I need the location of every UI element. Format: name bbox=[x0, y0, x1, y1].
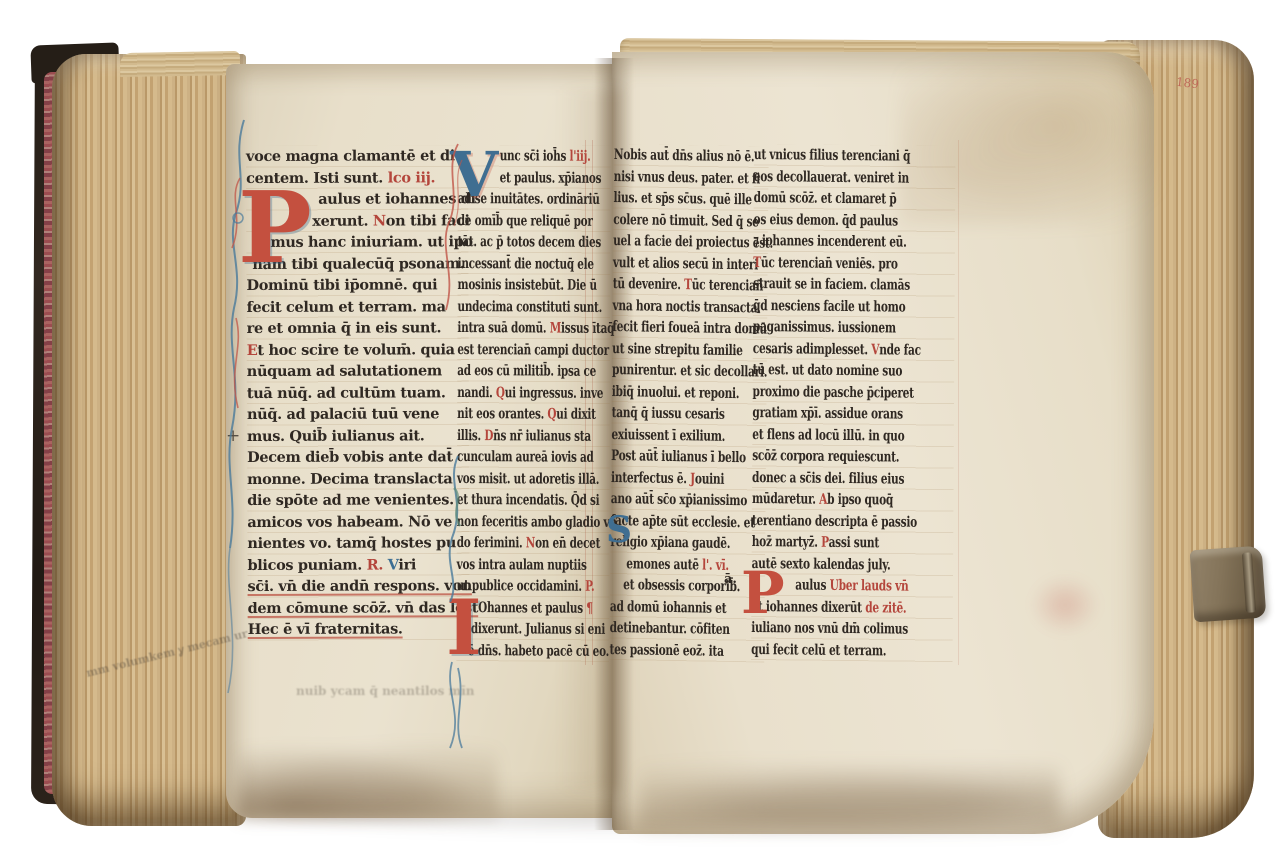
manuscript-text-line: monne. Decima translacta bbox=[247, 468, 469, 490]
manuscript-text-line: mosinis insistebūt. Die ū bbox=[458, 274, 611, 296]
text-segment: Post aūt̄ iulianus ī bello bbox=[611, 447, 746, 466]
manuscript-text-line: qui fecit celū et terram. bbox=[751, 638, 953, 662]
text-segment: tuā nūq̄. ad cultūm tuam. bbox=[247, 384, 446, 402]
text-segment: domū scōz̄. et clamaret p̄ bbox=[754, 189, 897, 208]
bookmark-tab bbox=[1190, 546, 1267, 623]
text-segment: E bbox=[247, 341, 258, 358]
text-segment: uel a facie dei proiectus est. bbox=[613, 232, 773, 252]
manuscript-text-line: undecima constituti sunt. bbox=[457, 295, 610, 317]
manuscript-text-line: uel a facie dei proiectus est. bbox=[613, 230, 768, 254]
text-segment: ibiq̄ inuolui. et reponi. bbox=[612, 382, 740, 401]
text-segment: proximo die pasche p̄ciperet bbox=[753, 382, 914, 401]
manuscript-text-line: paganissimus. iussionem bbox=[753, 316, 955, 340]
manuscript-text-line: dem cōmune scōz̄. vn̄ das lest bbox=[248, 597, 470, 619]
text-segment: interfectus ē. bbox=[611, 468, 690, 486]
manuscript-text-line: mus. Quib̄ iulianus ait. bbox=[247, 425, 469, 447]
text-segment: re et omnia q̄ in eis sunt. bbox=[247, 319, 442, 337]
manuscript-text-line: ⁊ iohannes incenderent eū. bbox=[753, 230, 955, 254]
manuscript-text-line: tū devenire. Tūc terencian̄ bbox=[613, 273, 768, 297]
text-segment: hoz̄ martyz̄. bbox=[752, 533, 822, 551]
text-segment: t hoc scire te volum̄. quia bbox=[257, 341, 454, 359]
manuscript-text-line: proximo die pasche p̄ciperet bbox=[753, 380, 955, 404]
text-segment: ui ingressus. inve bbox=[505, 384, 603, 402]
manuscript-text-line: intra suā domū. Missus ītaq̄ bbox=[457, 317, 610, 339]
manuscript-text-line: lius. et sp̄s sc̄us. quē ille bbox=[613, 187, 768, 211]
text-segment: ad domū iohannis et bbox=[610, 597, 727, 616]
text-segment: ⁊ iohannes incenderent eū. bbox=[753, 232, 906, 251]
manuscript-text-line: vult et alios secū in interi bbox=[613, 251, 768, 275]
manuscript-text-line: vna hora noctis transacta. bbox=[612, 294, 767, 318]
text-segment: et paulus. xp̄ianos bbox=[500, 169, 602, 187]
text-segment: strauit se in faciem. clamās bbox=[753, 275, 910, 294]
text-segment: gratiam xp̄ī. assidue orans bbox=[752, 404, 903, 423]
manuscript-text-line: colere nō timuit. Sed q̄ se bbox=[613, 208, 768, 232]
manuscript-text-line: sc̄i. vn̄ die andn̄ respons. von bbox=[248, 575, 470, 597]
text-segment: do ferimini. bbox=[457, 534, 526, 551]
manuscript-text-line: die spōte ad me venientes. bbox=[247, 489, 469, 511]
text-segment: iri bbox=[398, 556, 416, 573]
manuscript-text-line: tes passionē eoz̄. ita bbox=[609, 638, 764, 662]
manuscript-text-line: amicos vos habeam. Nō ve bbox=[247, 511, 469, 533]
text-segment: tū devenire. bbox=[613, 275, 685, 293]
decorated-initial-v: V bbox=[450, 144, 498, 206]
text-segment: ut vnicus filius terenciani q̄ bbox=[754, 146, 910, 165]
decorated-initial-p-left: P bbox=[238, 180, 312, 278]
text-segment: b ipso quoq̄ bbox=[827, 491, 893, 509]
text-segment: A bbox=[819, 491, 827, 508]
decorated-initial-p-right: P bbox=[741, 564, 785, 622]
text-segment: Q bbox=[547, 406, 556, 423]
manuscript-text-line: os eius demon. q̄d paulus bbox=[754, 208, 956, 232]
text-segment: emones autē bbox=[626, 555, 702, 573]
manuscript-text-line: do ferimini. Non en̄ decet bbox=[457, 532, 610, 554]
manuscript-text-line: hoz̄ martyz̄. Passi sunt bbox=[752, 531, 954, 555]
text-segment: ano aūt̄ sc̄o xp̄ianissimo bbox=[611, 490, 747, 509]
text-segment: Hec ē vī fraternitas. bbox=[248, 620, 403, 638]
text-segment: ad eos cū militib̄. ipsa ce bbox=[457, 362, 596, 380]
text-segment: sc̄i. vn̄ die andn̄ respons. von bbox=[248, 577, 472, 595]
text-segment: M bbox=[550, 320, 561, 337]
text-segment: et thura incendatis. Q̄d si bbox=[457, 491, 600, 509]
text-segment: cunculam aureā iovis ad bbox=[457, 448, 594, 466]
manuscript-text-line: Et hoc scire te volum̄. quia bbox=[247, 339, 469, 361]
text-segment: l'. vī. bbox=[702, 556, 729, 573]
text-segment: nde fac bbox=[879, 341, 921, 358]
text-segment: est terencian̄ campi ductor bbox=[457, 340, 609, 358]
text-segment: N bbox=[526, 534, 535, 551]
text-segment: die spōte ad me venientes. bbox=[247, 491, 454, 509]
text-segment: n̄s nr̄ iulianus sta bbox=[493, 427, 591, 445]
manuscript-text-line: q̄d nesciens facile ut homo bbox=[753, 294, 955, 318]
text-segment: terentiano descripta ē passio bbox=[752, 511, 917, 530]
manuscript-text-line: facte ap̄te sūt ecclesie. et bbox=[611, 509, 766, 533]
manuscript-text-line: incessant̄ die noctuq̄ ele bbox=[458, 252, 611, 274]
text-segment: Nobis aut̄ dn̄s alius nō ē. bbox=[614, 146, 755, 165]
text-segment: P. bbox=[585, 578, 594, 595]
text-segment: V bbox=[388, 556, 399, 573]
text-segment: dixerunt. Julianus si eni bbox=[471, 620, 605, 638]
text-segment: monne. Decima translacta bbox=[247, 470, 452, 488]
text-segment: l'iij. bbox=[569, 148, 590, 165]
text-segment: eos decollauerat. veniret in bbox=[754, 167, 909, 186]
text-segment: incessant̄ die noctuq̄ ele bbox=[458, 254, 594, 272]
ruling-line bbox=[958, 140, 959, 665]
text-segment: aulus bbox=[795, 576, 829, 593]
manuscript-text-line: blicos puniam. R. Viri bbox=[247, 554, 469, 576]
text-segment: vos misit. ut adoretis illā. bbox=[457, 469, 599, 487]
manuscript-text-line: re et omnia q̄ in eis sunt. bbox=[247, 317, 469, 339]
manuscript-text-line: cesaris adimplesset. Vnde fac bbox=[753, 337, 955, 361]
text-segment: mosinis insistebūt. Die ū bbox=[458, 276, 597, 294]
text-segment: qui fecit celū et terram. bbox=[751, 640, 886, 658]
text-segment: Q bbox=[496, 384, 505, 401]
text-segment: amicos vos habeam. Nō ve bbox=[247, 513, 452, 531]
text-segment: nit eos orantes. bbox=[457, 405, 547, 423]
manuscript-text-line: nūquam ad salutationem bbox=[247, 360, 469, 382]
manuscript-text-line: tuā nūq̄. ad cultūm tuam. bbox=[247, 382, 469, 404]
manuscript-text-line: de omīb̄ que reliquē por bbox=[458, 209, 611, 231]
manuscript-text-line: ut sine strepitu familie bbox=[612, 337, 767, 361]
text-segment: donec a sc̄is dei. filius eius bbox=[752, 468, 904, 487]
manuscript-text-line: et thura incendatis. Q̄d si bbox=[457, 489, 610, 511]
text-segment: detinebantur. cōfiten bbox=[610, 619, 730, 638]
text-segment: ē dn̄s. habeto pacē cū eo. bbox=[468, 642, 609, 660]
text-segment: unc sc̄i ioh̄s bbox=[500, 147, 570, 164]
manuscript-text-line: gratiam xp̄ī. assidue orans bbox=[752, 402, 954, 426]
manuscript-text-line: vos intra aulam nuptiis bbox=[457, 553, 610, 575]
manuscript-text-line: punirentur. et sic decollari. bbox=[612, 359, 767, 383]
folio-number: 189 bbox=[1175, 75, 1199, 91]
text-segment: ¶ bbox=[586, 599, 592, 616]
text-segment: fecit celum et terram. ma bbox=[247, 298, 446, 316]
text-segment: nandi. bbox=[457, 383, 496, 400]
manuscript-text-line: Post aūt̄ iulianus ī bello bbox=[611, 445, 766, 469]
text-segment: ut sine strepitu familie bbox=[612, 339, 743, 358]
manuscript-text-line: non feceritis ambo gladio vn̄ bbox=[457, 510, 610, 532]
manuscript-text-line: ad eos cū militib̄. ipsa ce bbox=[457, 360, 610, 382]
manuscript-text-line: eos decollauerat. veniret in bbox=[754, 165, 956, 189]
manuscript-text-line: interfectus ē. Jouini bbox=[611, 466, 766, 490]
manuscript-text-line: Hec ē vī fraternitas. bbox=[248, 618, 470, 640]
text-segment: vos intra aulam nuptiis bbox=[457, 555, 587, 573]
manuscript-text-line: vos misit. ut adoretis illā. bbox=[457, 467, 610, 489]
text-segment: non feceritis ambo gladio vn̄ bbox=[457, 512, 617, 530]
manuscript-text-line: ut vnicus filius terenciani q̄ bbox=[754, 144, 956, 168]
text-segment: cesaris adimplesset. bbox=[753, 339, 872, 357]
manuscript-text-line: ibiq̄ inuolui. et reponi. bbox=[612, 380, 767, 404]
manuscript-text-line: fecit fieri foueā intra domū bbox=[612, 316, 767, 340]
text-segment: ui dixit bbox=[556, 406, 596, 423]
text-segment: R. bbox=[367, 556, 388, 573]
text-segment: colere nō timuit. Sed q̄ se bbox=[613, 210, 759, 229]
manuscript-text-line: mūdaretur. Ab ipso quoq̄ bbox=[752, 488, 954, 512]
marginal-note: ā. bbox=[724, 572, 737, 587]
manuscript-text-line: donec a sc̄is dei. filius eius bbox=[752, 466, 954, 490]
text-segment: et flens ad locū illū. in quo bbox=[752, 425, 904, 444]
top-page-edge-left bbox=[120, 51, 240, 77]
manuscript-text-line: tanq̄ q̄ iussu cesaris bbox=[612, 402, 767, 426]
text-segment: D bbox=[484, 427, 493, 444]
text-segment: ouini bbox=[695, 470, 724, 487]
manuscript-text-line: Nobis aut̄ dn̄s alius nō ē. bbox=[614, 144, 769, 168]
manuscript-text-line: nientes vo. tamq̄ hostes pu bbox=[247, 532, 469, 554]
text-segment: lius. et sp̄s sc̄us. quē ille bbox=[613, 189, 751, 208]
text-segment: facte ap̄te sūt ecclesie. et bbox=[611, 511, 755, 530]
text-segment: tes passionē eoz̄. ita bbox=[609, 640, 723, 659]
text-segment: de zitē. bbox=[865, 599, 906, 616]
manuscript-text-line: illis. Dn̄s nr̄ iulianus sta bbox=[457, 424, 610, 446]
manuscript-text-line: nandi. Qui ingressus. inve bbox=[457, 381, 610, 403]
text-segment: undecima constituti sunt. bbox=[457, 297, 602, 315]
text-segment: mus. Quib̄ iulianus ait. bbox=[247, 427, 424, 445]
text-segment: nūq̄. ad palaciū tuū vene bbox=[247, 405, 439, 423]
text-segment: vna hora noctis transacta. bbox=[612, 296, 760, 315]
text-segment: dem cōmune scōz̄. vn̄ das lest bbox=[248, 599, 479, 617]
text-segment: nūquam ad salutationem bbox=[247, 362, 442, 380]
text-segment: blicos puniam. bbox=[247, 556, 366, 573]
text-segment: de omīb̄ que reliquē por bbox=[458, 211, 593, 229]
text-segment: ūc terencian̄ veniēs. pro bbox=[761, 254, 898, 272]
ink-showthrough-text: nuib ycam q̄ neantilos mīn bbox=[296, 684, 475, 698]
text-segment: tāt. ac p̄ totos decem dies bbox=[458, 233, 601, 251]
manuscript-text-line: exiuissent ī exilium. bbox=[611, 423, 766, 447]
text-segment: on en̄ decet bbox=[535, 534, 600, 551]
manuscript-text-line: tū est. ut dato nomine suo bbox=[753, 359, 955, 383]
marginal-cross-mark: + bbox=[226, 426, 240, 446]
manuscript-photo: voce magna clamantē et dicentem. Isti su… bbox=[0, 0, 1280, 860]
manuscript-text-line: domū scōz̄. et clamaret p̄ bbox=[754, 187, 956, 211]
text-segment: illis. bbox=[457, 426, 484, 443]
manuscript-text-line: nit eos orantes. Qui dixit bbox=[457, 403, 610, 425]
text-segment: et obsessis corporib̄. bbox=[623, 576, 740, 595]
page-stack-left bbox=[52, 54, 246, 826]
text-segment: Decem dieb̄ vobis ante dat̄ bbox=[247, 448, 453, 466]
manuscript-text-line: strauit se in faciem. clamās bbox=[753, 273, 955, 297]
manuscript-text-line: Decem dieb̄ vobis ante dat̄ bbox=[247, 446, 469, 468]
text-segment: tū est. ut dato nomine suo bbox=[753, 361, 903, 380]
text-segment: nisi vnus deus. pater. et fi bbox=[614, 167, 760, 186]
text-segment: xerunt. bbox=[312, 212, 373, 229]
text-segment: N bbox=[373, 212, 386, 229]
text-segment: os eius demon. q̄d paulus bbox=[754, 210, 898, 229]
text-segment: punirentur. et sic decollari. bbox=[612, 361, 767, 381]
manuscript-text-line: cunculam aureā iovis ad bbox=[457, 446, 610, 468]
manuscript-text-line: terentiano descripta ē passio bbox=[752, 509, 954, 533]
text-segment: nientes vo. tamq̄ hostes pu bbox=[247, 534, 456, 552]
text-segment: q̄d nesciens facile ut homo bbox=[753, 296, 905, 315]
text-segment: V bbox=[871, 341, 879, 358]
text-segment: issus ītaq̄ bbox=[561, 320, 614, 337]
manuscript-text-line: et flens ad locū illū. in quo bbox=[752, 423, 954, 447]
text-segment: Uber lauds vn̄ bbox=[830, 577, 909, 595]
manuscript-text-line: ano aūt̄ sc̄o xp̄ianissimo bbox=[611, 488, 766, 512]
manuscript-text-line: Tūc terencian̄ veniēs. pro bbox=[753, 251, 955, 275]
manuscript-text-line: fecit celum et terram. ma bbox=[247, 296, 469, 318]
text-segment: intra suā domū. bbox=[457, 319, 549, 337]
text-segment: scōz̄ corpora requiescunt. bbox=[752, 447, 899, 466]
text-segment: tanq̄ q̄ iussu cesaris bbox=[612, 404, 725, 423]
manuscript-text-line: nisi vnus deus. pater. et fi bbox=[614, 165, 769, 189]
text-segment: voce magna clamantē et di bbox=[246, 147, 455, 165]
text-segment: assi sunt bbox=[829, 534, 880, 552]
text-segment: lco iij. bbox=[388, 169, 436, 186]
manuscript-text-line: nūq̄. ad palaciū tuū vene bbox=[247, 403, 469, 425]
small-initial-s: S bbox=[606, 512, 632, 548]
manuscript-text-line: tāt. ac p̄ totos decem dies bbox=[458, 231, 611, 253]
decorated-initial-i: I bbox=[446, 590, 482, 666]
text-segment: fecit fieri foueā intra domū bbox=[612, 318, 767, 338]
text-segment: exiuissent ī exilium. bbox=[611, 425, 725, 444]
manuscript-text-line: religio xp̄iana gaudē. bbox=[610, 531, 765, 555]
manuscript-text-line: scōz̄ corpora requiescunt. bbox=[752, 445, 954, 469]
manuscript-text-line: voce magna clamantē et di bbox=[246, 145, 468, 167]
manuscript-text-line: est terencian̄ campi ductor bbox=[457, 338, 610, 360]
text-segment: paganissimus. iussionem bbox=[753, 318, 896, 337]
text-segment: mūdaretur. bbox=[752, 490, 819, 508]
text-segment: Ohannes et paulus bbox=[478, 599, 586, 617]
text-segment: vult et alios secū in interi bbox=[613, 253, 758, 272]
